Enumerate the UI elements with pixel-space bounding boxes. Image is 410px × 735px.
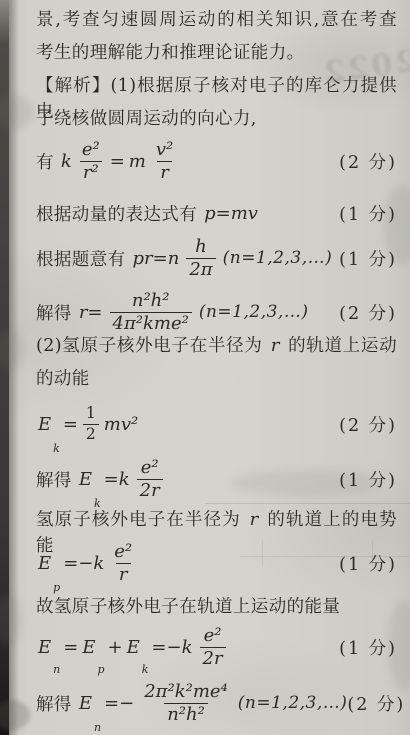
math-symbol: = xyxy=(63,637,78,658)
math-symbol: p=mv xyxy=(204,203,258,224)
paragraph-line-4: 子绕核做圆周运动的向心力, xyxy=(36,106,397,132)
fraction-numerator: e² xyxy=(79,140,103,161)
text-segment: 氢原子核外电子在半径为 xyxy=(36,510,248,530)
fraction-numerator: 1 xyxy=(83,405,99,423)
math-subscript: k xyxy=(142,663,149,676)
math-symbol: k xyxy=(61,151,72,172)
formula-prefix: 解得 xyxy=(36,300,72,325)
fraction-denominator: r xyxy=(157,161,172,183)
fraction-numerator: n²h² xyxy=(129,291,173,312)
formula-centripetal-force: 有 k e² r² = m v² r (2 分) xyxy=(36,134,397,188)
fraction-numerator: v² xyxy=(153,140,176,161)
text-segment: 的轨道上运动 xyxy=(282,336,397,356)
formula-quantization: 根据题意有 pr=n h 2π (n=1,2,3,…) (1 分) xyxy=(36,231,397,285)
formula-prefix: 解得 xyxy=(36,691,72,716)
fraction: 1 2 xyxy=(83,405,99,442)
bleedthrough-blot xyxy=(0,330,26,370)
fraction-numerator: 2π²k²me⁴ xyxy=(141,682,231,703)
bleedthrough-blot xyxy=(0,95,34,129)
math-symbol: pr=n xyxy=(133,248,180,269)
paragraph-line-5: (2)氢原子核外电子在半径为 r 的轨道上运动 xyxy=(36,333,397,359)
formula-prefix: 根据题意有 xyxy=(36,246,126,271)
fraction-numerator: e² xyxy=(201,626,225,647)
score-mark: (1 分) xyxy=(339,201,397,226)
formula-prefix: 根据动量的表达式有 xyxy=(36,201,197,226)
formula-prefix: 有 xyxy=(36,149,54,174)
math-subscript: p xyxy=(53,581,60,594)
math-symbol: mv² xyxy=(104,414,138,435)
fraction: e² 2r xyxy=(135,458,165,501)
fraction: 2π²k²me⁴ n²h² xyxy=(139,682,233,725)
math-condition: (n=1,2,3,…) xyxy=(199,302,309,322)
math-symbol: E xyxy=(38,637,51,658)
fraction-denominator: 2r xyxy=(137,479,163,501)
formula-kinetic-result: 解得 Ek =k e² 2r (1 分) xyxy=(36,452,397,506)
fraction-numerator: e² xyxy=(111,542,135,563)
fraction: n²h² 4π²kme² xyxy=(108,291,194,334)
fraction: h 2π xyxy=(184,237,217,280)
math-subscript: p xyxy=(97,663,104,676)
math-condition: (n=1,2,3,…) xyxy=(223,248,333,268)
math-condition: (n=1,2,3,…) xyxy=(238,693,348,713)
fraction-denominator: 2 xyxy=(83,424,99,443)
formula-total-energy: En = Ep + Ek =−k e² 2r (1 分) xyxy=(36,622,397,672)
math-symbol: E xyxy=(79,693,92,714)
math-symbol: r= xyxy=(79,302,103,323)
fraction-denominator: 4π²kme² xyxy=(110,312,192,334)
score-mark: (1 分) xyxy=(339,246,397,271)
paragraph-line-1: 景,考查匀速圆周运动的相关知识,意在考查 xyxy=(36,7,397,33)
fraction-denominator: r² xyxy=(80,161,102,183)
bleedthrough-blot xyxy=(0,700,30,730)
score-mark: (1 分) xyxy=(339,467,397,492)
math-symbol: =−k xyxy=(151,637,192,658)
formula-kinetic-energy: Ek = 1 2 mv² (2 分) xyxy=(36,397,397,451)
math-subscript: n xyxy=(53,663,60,676)
math-symbol: r xyxy=(271,335,280,356)
fraction-denominator: 2r xyxy=(200,647,226,669)
fraction-denominator: r xyxy=(116,563,131,585)
math-symbol: E xyxy=(38,414,51,435)
math-symbol: E xyxy=(127,637,140,658)
fraction-numerator: e² xyxy=(138,458,162,479)
fraction-denominator: n²h² xyxy=(164,703,208,725)
score-mark: (2 分) xyxy=(339,300,397,325)
math-symbol: + xyxy=(108,637,123,658)
formula-energy-result: 解得 En =− 2π²k²me⁴ n²h² (n=1,2,3,…) (2 分) xyxy=(36,676,397,730)
math-symbol: E xyxy=(82,637,95,658)
math-subscript: n xyxy=(94,721,101,734)
math-symbol: = xyxy=(110,151,125,172)
formula-momentum: 根据动量的表达式有 p=mv (1 分) xyxy=(36,200,397,226)
math-symbol: =−k xyxy=(63,553,104,574)
math-symbol: E xyxy=(79,469,92,490)
score-mark: (2 分) xyxy=(339,412,397,437)
formula-potential-energy: Ep =−k e² r (1 分) xyxy=(36,536,397,590)
formula-prefix: 解得 xyxy=(36,467,72,492)
text-segment: (2)氢原子核外电子在半径为 xyxy=(36,336,269,356)
fraction-denominator: 2π xyxy=(186,258,215,280)
fraction: v² r xyxy=(151,140,178,183)
fraction: e² r xyxy=(109,542,137,585)
math-symbol: = xyxy=(63,414,78,435)
score-mark: (1 分) xyxy=(339,551,397,576)
fraction-numerator: h xyxy=(192,237,210,258)
math-symbol: E xyxy=(38,553,51,574)
math-symbol: r xyxy=(250,509,259,530)
score-mark: (1 分) xyxy=(339,635,397,660)
paragraph-line-6: 的动能 xyxy=(36,366,397,392)
paragraph-line-8: 故氢原子核外电子在轨道上运动的能量 xyxy=(36,594,397,620)
math-symbol: =k xyxy=(104,469,130,490)
formula-radius-result: 解得 r= n²h² 4π²kme² (n=1,2,3,…) (2 分) xyxy=(36,285,397,339)
score-mark: (2 分) xyxy=(339,149,397,174)
fraction: e² 2r xyxy=(198,626,228,669)
math-symbol: =− xyxy=(104,693,134,714)
paragraph-line-2: 考生的理解能力和推理论证能力。 xyxy=(36,40,397,66)
fraction: e² r² xyxy=(77,140,105,183)
scanned-solution-page: 2022 景,考查匀速圆周运动的相关知识,意在考查 考生的理解能力和推理论证能力… xyxy=(0,0,410,735)
math-symbol: m xyxy=(129,151,146,172)
score-mark: (2 分) xyxy=(347,691,405,716)
